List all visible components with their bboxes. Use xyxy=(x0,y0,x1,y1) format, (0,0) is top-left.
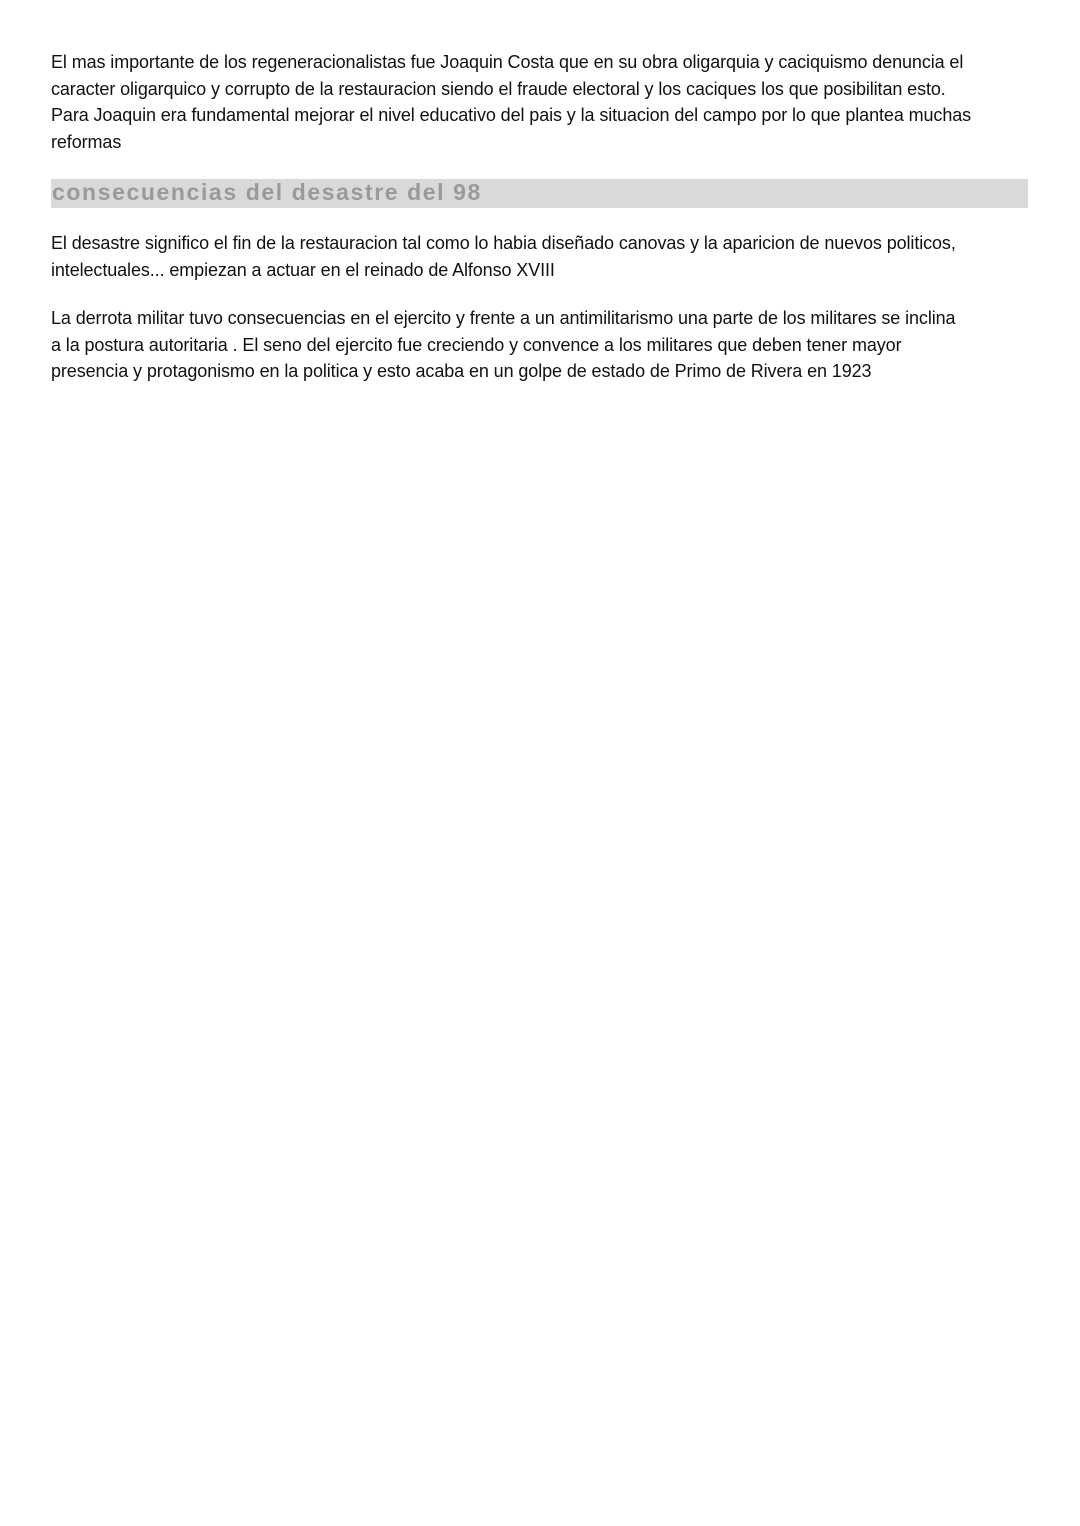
text-line: El desastre significo el fin de la resta… xyxy=(51,230,1031,257)
text-line: intelectuales... empiezan a actuar en el… xyxy=(51,257,1031,284)
text-line: Para Joaquin era fundamental mejorar el … xyxy=(51,102,1031,129)
text-line: reformas xyxy=(51,129,1031,156)
section-heading-banner: consecuencias del desastre del 98 xyxy=(51,179,1028,208)
section-heading: consecuencias del desastre del 98 xyxy=(52,179,482,206)
text-line: a la postura autoritaria . El seno del e… xyxy=(51,332,1031,359)
text-line: La derrota militar tuvo consecuencias en… xyxy=(51,305,1031,332)
paragraph-fin-restauracion: El desastre significo el fin de la resta… xyxy=(51,230,1031,283)
text-line: El mas importante de los regeneracionali… xyxy=(51,49,1031,76)
paragraph-derrota-militar: La derrota militar tuvo consecuencias en… xyxy=(51,305,1031,385)
text-line: caracter oligarquico y corrupto de la re… xyxy=(51,76,1031,103)
text-line: presencia y protagonismo en la politica … xyxy=(51,358,1031,385)
paragraph-regeneracionismo: El mas importante de los regeneracionali… xyxy=(51,49,1031,155)
